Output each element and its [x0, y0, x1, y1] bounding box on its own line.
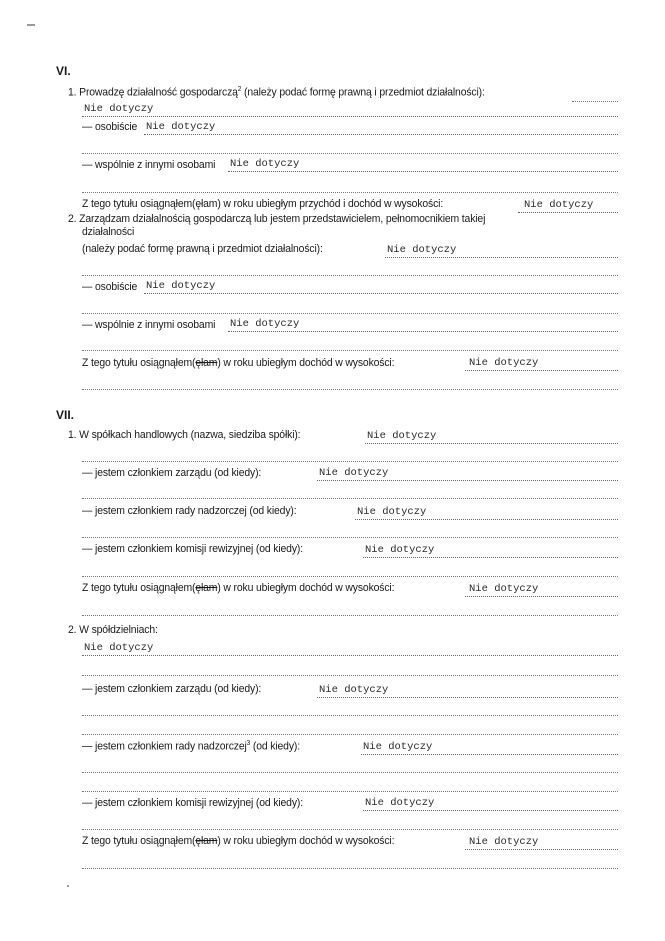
section-vii-heading: VII.	[56, 408, 74, 422]
vii-item1-supervisory-label: — jestem członkiem rady nadzorczej (od k…	[82, 505, 296, 517]
vii-item1-income-label: Z tego tytułu osiągnąłem(ęłam) w roku ub…	[82, 582, 394, 594]
vii-item2-audit-label: — jestem członkiem komisji rewizyjnej (o…	[82, 797, 303, 809]
dotted-line	[82, 772, 618, 773]
dotted-line	[82, 576, 618, 577]
vii-item1-board-label: — jestem członkiem zarządu (od kiedy):	[82, 467, 261, 479]
dotted-line	[82, 275, 618, 276]
dotted-line	[82, 791, 618, 792]
vi-item2-joint-label: — wspólnie z innymi osobami	[82, 319, 215, 331]
vi-item1-income-label: Z tego tytułu osiągnąłem(ęłam) w roku ub…	[82, 198, 443, 210]
vii-item1-board-field[interactable]: Nie dotyczy	[317, 466, 618, 481]
vii-item1-supervisory-field[interactable]: Nie dotyczy	[355, 505, 618, 520]
dotted-line	[82, 153, 618, 154]
vi-item1-personal-label: — osobiście	[82, 121, 137, 133]
vii-item2-board-field[interactable]: Nie dotyczy	[317, 683, 618, 698]
vi-item1-joint-label: — wspólnie z innymi osobami	[82, 159, 215, 171]
dotted-line	[82, 829, 618, 830]
vi-item2-label-line2: działalności	[82, 226, 134, 238]
scan-mark	[27, 24, 35, 26]
vi-item1-personal-field[interactable]: Nie dotyczy	[144, 120, 618, 135]
vii-item2-board-label: — jestem członkiem zarządu (od kiedy):	[82, 683, 261, 695]
vi-item2-personal-label: — osobiście	[82, 281, 137, 293]
vii-item1-audit-field[interactable]: Nie dotyczy	[363, 543, 618, 558]
vi-item1-label: 1. Prowadzę działalność gospodarczą2 (na…	[68, 86, 485, 99]
dotted-line	[82, 350, 618, 351]
vii-item2-income-label: Z tego tytułu osiągnąłem(ęłam) w roku ub…	[82, 835, 394, 847]
vii-item2-supervisory-label: — jestem członkiem rady nadzorczej3 (od …	[82, 740, 300, 753]
vi-item2-personal-field[interactable]: Nie dotyczy	[144, 279, 618, 294]
vi-item1-value-field[interactable]: Nie dotyczy	[82, 102, 618, 117]
vi-item1-joint-field[interactable]: Nie dotyczy	[228, 157, 618, 172]
dotted-line	[82, 461, 618, 462]
vi-item2-label-line1: 2. Zarządzam działalnością gospodarczą l…	[68, 213, 485, 225]
dotted-line	[82, 615, 618, 616]
dotted-line	[82, 734, 618, 735]
section-vi-heading: VI.	[56, 64, 71, 78]
dotted-line	[82, 715, 618, 716]
vi-item2-joint-field[interactable]: Nie dotyczy	[228, 317, 618, 332]
vi-item2-income-label: Z tego tytułu osiągnąłem(ęłam) w roku ub…	[82, 357, 394, 369]
dotted-line	[82, 313, 618, 314]
vii-item1-income-field[interactable]: Nie dotyczy	[465, 582, 618, 597]
vi-item2-income-field[interactable]: Nie dotyczy	[465, 356, 618, 371]
dotted-line	[82, 389, 618, 390]
vii-item2-income-field[interactable]: Nie dotyczy	[465, 835, 618, 850]
vii-item2-supervisory-field[interactable]: Nie dotyczy	[361, 740, 618, 755]
dotted-line	[82, 537, 618, 538]
vi-item2-form-label: (należy podać formę prawną i przedmiot d…	[82, 243, 323, 255]
vii-item2-value-field[interactable]: Nie dotyczy	[82, 641, 618, 656]
scan-mark	[67, 885, 69, 887]
vi-item1-income-field[interactable]: Nie dotyczy	[518, 198, 618, 213]
vii-item1-value-field[interactable]: Nie dotyczy	[365, 429, 618, 444]
vii-item1-label: 1. W spółkach handlowych (nazwa, siedzib…	[68, 429, 300, 441]
dotted-line	[82, 498, 618, 499]
dotted-line	[82, 675, 618, 676]
vii-item2-audit-field[interactable]: Nie dotyczy	[363, 796, 618, 811]
vi-item2-form-field[interactable]: Nie dotyczy	[385, 243, 618, 258]
dotted-line	[82, 868, 618, 869]
vii-item2-label: 2. W spółdzielniach:	[68, 624, 158, 636]
dotted-line	[82, 192, 618, 193]
vii-item1-audit-label: — jestem członkiem komisji rewizyjnej (o…	[82, 543, 303, 555]
